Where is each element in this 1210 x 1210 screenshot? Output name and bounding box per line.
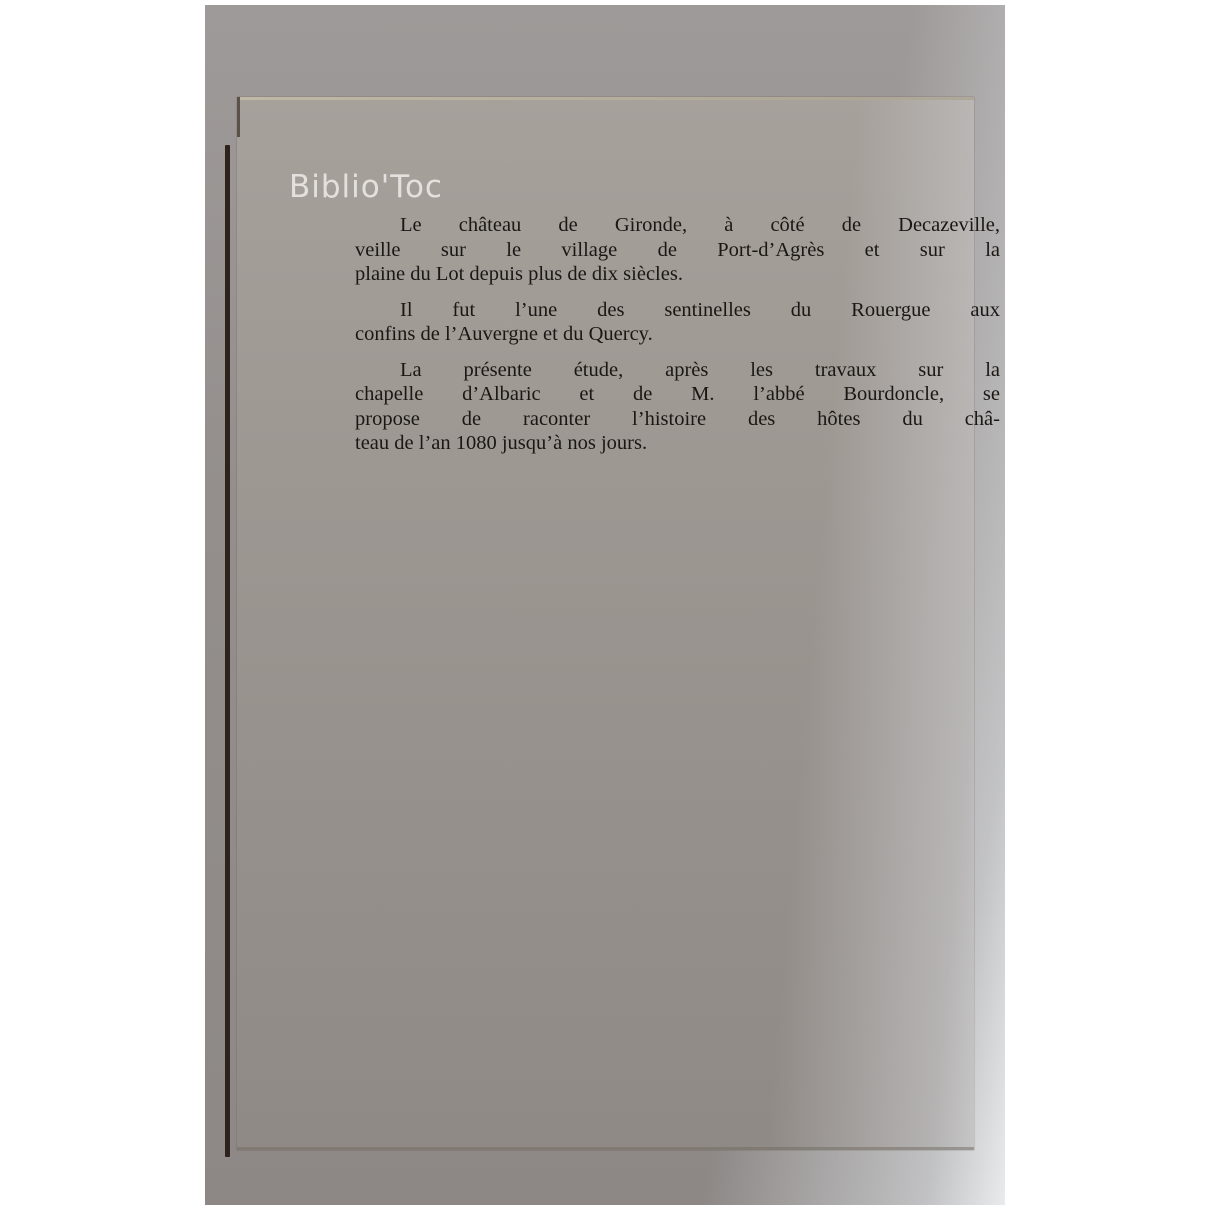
book-photo: Biblio'Toc Le château de Gironde, à côté…: [205, 5, 1005, 1205]
blurb-line: La présente étude, après les travaux sur…: [355, 358, 1000, 383]
blurb-paragraph: La présente étude, après les travaux sur…: [355, 358, 1000, 456]
book-spine-edge: [225, 145, 230, 1157]
blurb-line: confins de l’Auvergne et du Quercy.: [355, 322, 1000, 347]
blurb-paragraph: Le château de Gironde, à côté de Decazev…: [355, 213, 1000, 287]
blurb-line: chapelle d’Albaric et de M. l’abbé Bourd…: [355, 382, 1000, 407]
book-corner-shadow: [237, 97, 240, 137]
blurb-line: plaine du Lot depuis plus de dix siècles…: [355, 262, 1000, 287]
blurb-line: propose de raconter l’histoire des hôtes…: [355, 407, 1000, 432]
blurb-line: Le château de Gironde, à côté de Decazev…: [355, 213, 1000, 238]
watermark-logo: Biblio'Toc: [289, 169, 443, 205]
back-cover-blurb: Le château de Gironde, à côté de Decazev…: [355, 213, 1000, 467]
blurb-paragraph: Il fut l’une des sentinelles du Rouergue…: [355, 298, 1000, 347]
blurb-line: Il fut l’une des sentinelles du Rouergue…: [355, 298, 1000, 323]
blurb-line: teau de l’an 1080 jusqu’à nos jours.: [355, 431, 1000, 456]
blurb-line: veille sur le village de Port-d’Agrès et…: [355, 238, 1000, 263]
